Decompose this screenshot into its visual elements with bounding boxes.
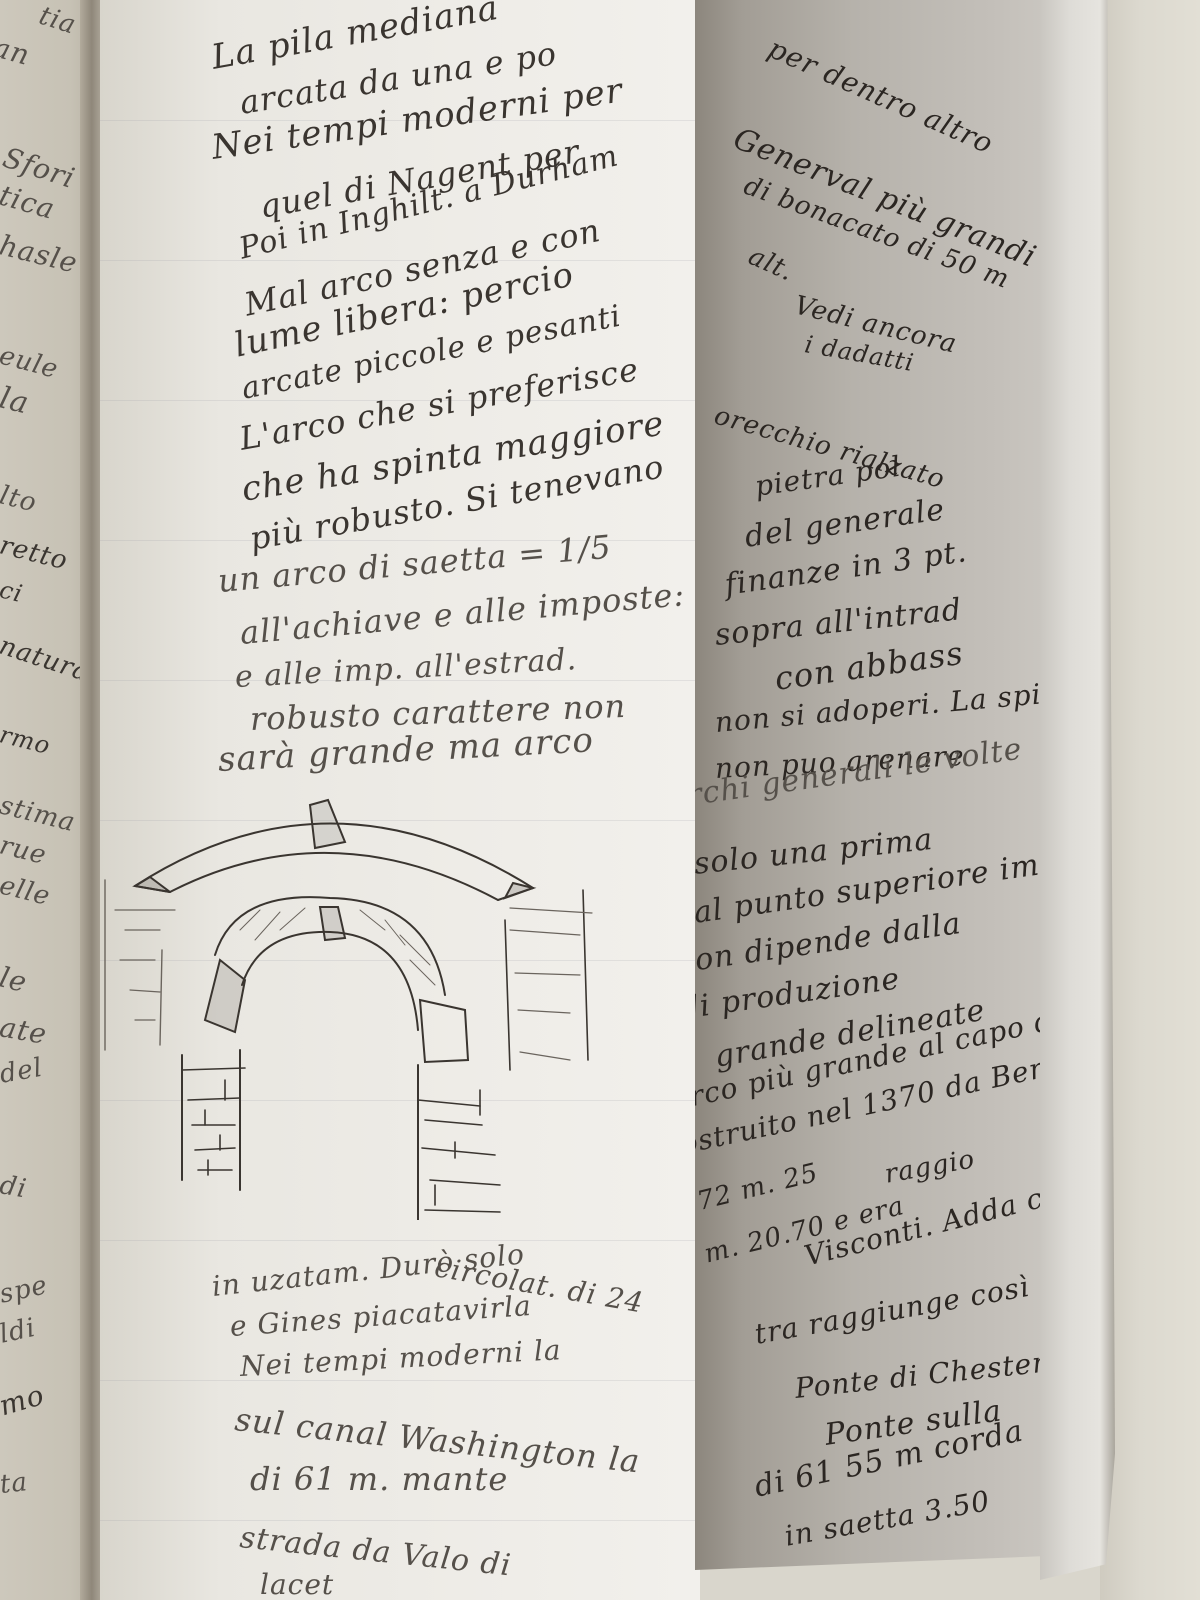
left-fragment: le: [0, 960, 31, 999]
arch-sketch: [100, 770, 600, 1220]
left-fragment: hasle: [0, 228, 81, 279]
handwritten-line: tra raggiunge così: [752, 1270, 1032, 1351]
handwritten-line: alt.: [744, 241, 799, 287]
left-fragment: lto: [0, 480, 40, 518]
handwritten-line: e alle imp. all'estrad.: [234, 642, 578, 695]
left-fragment: del: [0, 1053, 45, 1090]
handwritten-line: di 61 m. mante: [250, 1460, 508, 1498]
folded-insert-page: per dentro altro Generval più grandi di …: [695, 0, 1090, 1570]
left-fragment: an: [0, 31, 34, 72]
left-fragment: rue: [0, 830, 50, 871]
handwritten-line: per dentro altro: [763, 31, 998, 160]
ruled-line: [100, 1240, 700, 1241]
handwritten-line: in saetta 3.50: [782, 1484, 993, 1553]
handwritten-line: raggio: [882, 1144, 977, 1189]
ruled-line: [100, 1520, 700, 1521]
left-fragment: elle: [0, 870, 54, 912]
handwritten-line: e Gines piacatavirla: [229, 1289, 533, 1343]
left-fragment: retto: [0, 530, 71, 576]
background-wall: [1100, 0, 1200, 1600]
left-fragment: tia: [35, 1, 80, 41]
left-fragment: spe: [0, 1270, 50, 1309]
left-fragment: mo: [0, 1378, 48, 1422]
handwritten-line: non si adoperi. La spinta: [714, 673, 1090, 739]
left-fragment: ate: [0, 1010, 50, 1051]
left-fragment: ci: [0, 575, 26, 608]
handwritten-line: Nei tempi moderni la: [239, 1333, 562, 1383]
left-fragment: stima: [0, 790, 79, 838]
handwritten-line: lacet: [260, 1568, 334, 1600]
left-fragment: la: [0, 381, 33, 422]
folded-page-edge: [1040, 0, 1115, 1580]
left-fragment: rmo: [0, 720, 54, 760]
ruled-line: [100, 1380, 700, 1381]
left-fragment: eule: [0, 341, 62, 385]
left-fragment: ta: [0, 1467, 29, 1500]
left-fragment: di: [0, 1170, 29, 1204]
left-fragment: ldi: [0, 1313, 39, 1350]
